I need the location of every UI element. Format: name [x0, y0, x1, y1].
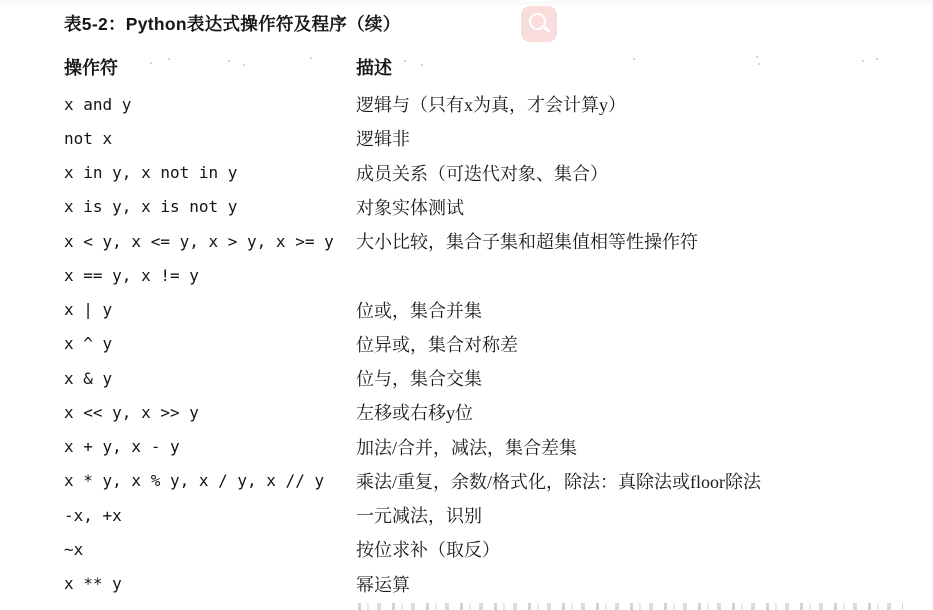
description-cell: 位异或，集合对称差	[356, 331, 927, 357]
description-cell: 位与，集合交集	[356, 365, 927, 391]
clipped-next-row-fragment	[358, 603, 903, 610]
table-row: x + y, x - y 加法/合并，减法，集合差集	[64, 430, 927, 464]
operator-cell: x ^ y	[64, 334, 356, 353]
operator-cell: x & y	[64, 369, 356, 388]
description-cell: 一元减法，识别	[356, 502, 927, 528]
scan-noise	[633, 58, 635, 60]
operator-cell: x < y, x <= y, x > y, x >= y	[64, 232, 356, 251]
operator-table-body: x and y 逻辑与（只有x为真，才会计算y） not x 逻辑非 x in …	[64, 87, 927, 601]
table-row: not x 逻辑非	[64, 121, 927, 155]
search-button[interactable]	[521, 6, 557, 42]
table-header-row: 操作符 描述	[64, 54, 923, 80]
scan-noise	[228, 60, 230, 62]
description-cell: 乘法/重复，余数/格式化，除法：真除法或floor除法	[356, 468, 927, 494]
table-row: x | y 位或，集合并集	[64, 293, 927, 327]
description-cell: 位或，集合并集	[356, 297, 927, 323]
operator-cell: x | y	[64, 300, 356, 319]
table-row: x < y, x <= y, x > y, x >= y 大小比较，集合子集和超…	[64, 224, 927, 258]
table-row: x == y, x != y	[64, 258, 927, 292]
scan-edge-band	[0, 0, 933, 5]
table-row: x and y 逻辑与（只有x为真，才会计算y）	[64, 87, 927, 121]
description-cell: 逻辑与（只有x为真，才会计算y）	[356, 91, 927, 117]
table-row: x in y, x not in y 成员关系（可迭代对象、集合）	[64, 156, 927, 190]
operator-cell: not x	[64, 129, 356, 148]
table-row: x ** y 幂运算	[64, 567, 927, 601]
description-cell: 成员关系（可迭代对象、集合）	[356, 160, 927, 186]
scan-noise	[168, 58, 170, 60]
scan-noise	[243, 64, 245, 66]
scan-noise	[862, 60, 864, 62]
column-header-description: 描述	[356, 54, 923, 80]
description-cell: 对象实体测试	[356, 194, 927, 220]
operator-cell: x in y, x not in y	[64, 163, 356, 182]
operator-cell: x == y, x != y	[64, 266, 356, 285]
operator-cell: -x, +x	[64, 506, 356, 525]
operator-cell: x << y, x >> y	[64, 403, 356, 422]
table-title: 表5-2：Python表达式操作符及程序（续）	[64, 11, 401, 36]
scanned-book-page: 表5-2：Python表达式操作符及程序（续） 操作符 描述 x and y 逻…	[0, 0, 933, 610]
scan-noise	[150, 62, 152, 64]
operator-cell: x + y, x - y	[64, 437, 356, 456]
table-row: x ^ y 位异或，集合对称差	[64, 327, 927, 361]
table-row: x * y, x % y, x / y, x // y 乘法/重复，余数/格式化…	[64, 464, 927, 498]
description-cell: 幂运算	[356, 571, 927, 597]
operator-cell: x and y	[64, 95, 356, 114]
table-row: ~x 按位求补（取反）	[64, 532, 927, 566]
operator-cell: x is y, x is not y	[64, 197, 356, 216]
operator-cell: ~x	[64, 540, 356, 559]
scan-noise	[758, 63, 760, 65]
description-cell: 大小比较，集合子集和超集值相等性操作符	[356, 228, 927, 254]
description-cell: 左移或右移y位	[356, 399, 927, 425]
table-row: -x, +x 一元减法，识别	[64, 498, 927, 532]
description-cell: 逻辑非	[356, 125, 927, 151]
table-row: x << y, x >> y 左移或右移y位	[64, 395, 927, 429]
scan-noise	[421, 64, 423, 66]
scan-noise	[876, 58, 878, 60]
operator-cell: x * y, x % y, x / y, x // y	[64, 471, 356, 490]
operator-cell: x ** y	[64, 574, 356, 593]
description-cell: 按位求补（取反）	[356, 536, 927, 562]
description-cell: 加法/合并，减法，集合差集	[356, 434, 927, 460]
scan-noise	[756, 56, 758, 58]
table-row: x & y 位与，集合交集	[64, 361, 927, 395]
table-row: x is y, x is not y 对象实体测试	[64, 190, 927, 224]
column-header-operator: 操作符	[64, 54, 356, 80]
scan-noise	[404, 60, 406, 62]
scan-noise	[310, 57, 312, 59]
